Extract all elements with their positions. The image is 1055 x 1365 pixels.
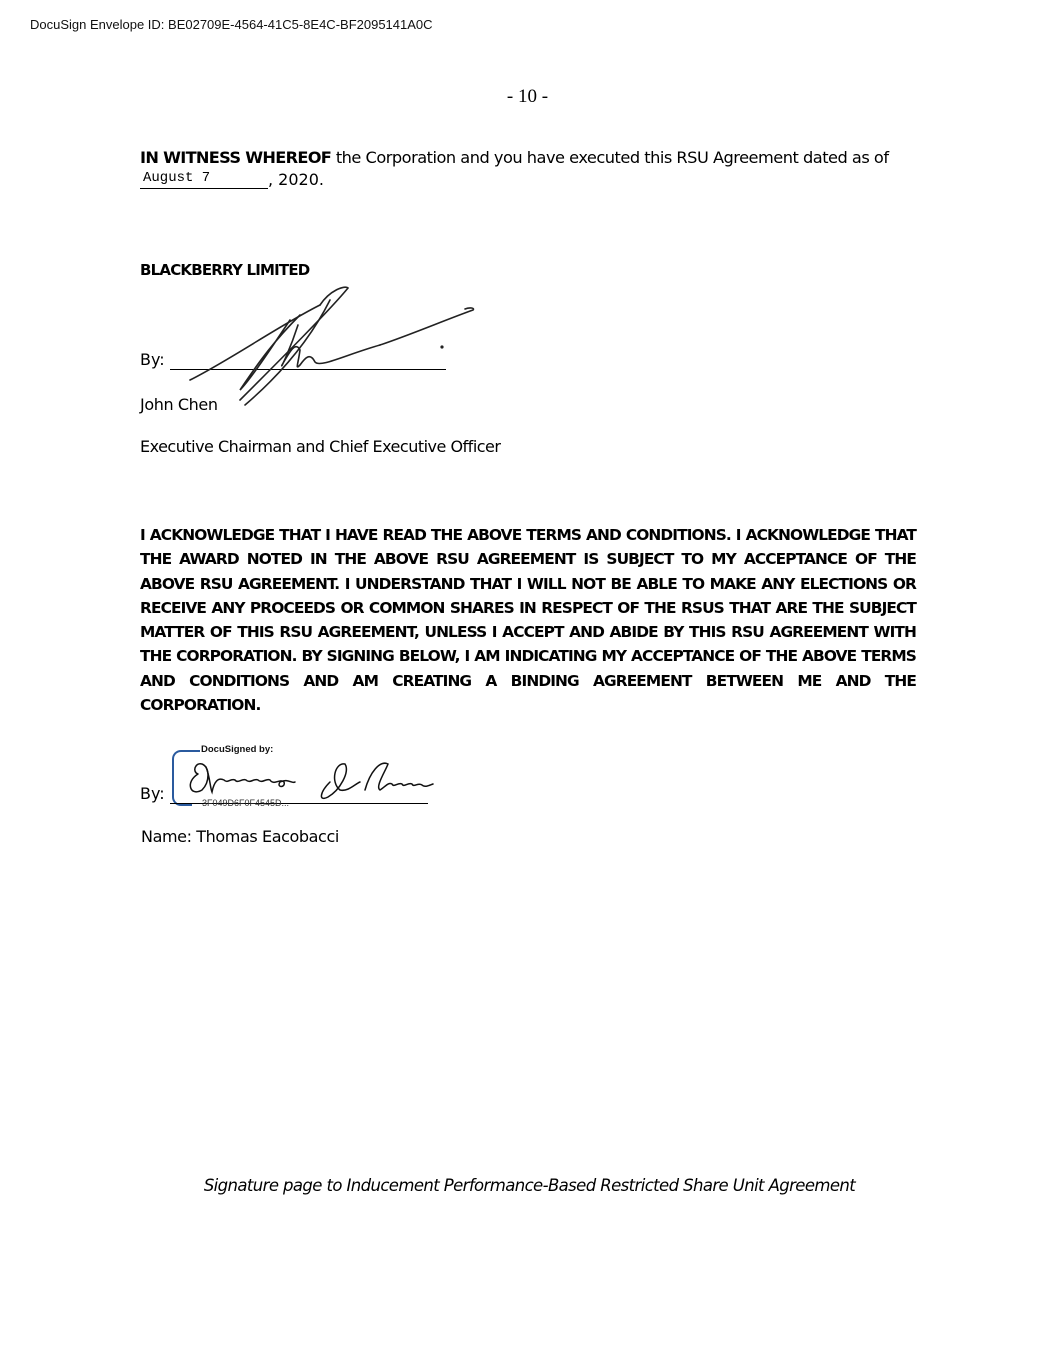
corporation-signer-name: John Chen: [140, 395, 218, 414]
date-year: , 2020.: [268, 170, 324, 189]
corporation-signer-title: Executive Chairman and Chief Executive O…: [140, 437, 500, 456]
acknowledgement-paragraph: I ACKNOWLEDGE THAT I HAVE READ THE ABOVE…: [140, 523, 916, 717]
employee-name: Name: Thomas Eacobacci: [141, 827, 339, 846]
footer-text: Signature page to Inducement Performance…: [204, 1176, 855, 1195]
witness-text: the Corporation and you have executed th…: [331, 148, 888, 167]
signature-page-footer: Signature page to Inducement Performance…: [0, 1176, 1055, 1195]
date-field: August 7: [140, 170, 268, 189]
company-name: BLACKBERRY LIMITED: [140, 261, 309, 279]
page-number: - 10 -: [0, 86, 1055, 108]
witness-bold-lead: IN WITNESS WHEREOF: [140, 148, 331, 167]
corporation-by-label: By:: [140, 350, 165, 369]
date-value: August 7: [143, 170, 210, 186]
docusign-envelope-id: DocuSign Envelope ID: BE02709E-4564-41C5…: [30, 17, 433, 32]
agreement-date: August 7, 2020.: [140, 170, 324, 189]
thomas-eacobacci-signature: [180, 752, 440, 807]
witness-clause: IN WITNESS WHEREOF the Corporation and y…: [140, 146, 916, 170]
employee-by-label: By:: [140, 784, 165, 803]
